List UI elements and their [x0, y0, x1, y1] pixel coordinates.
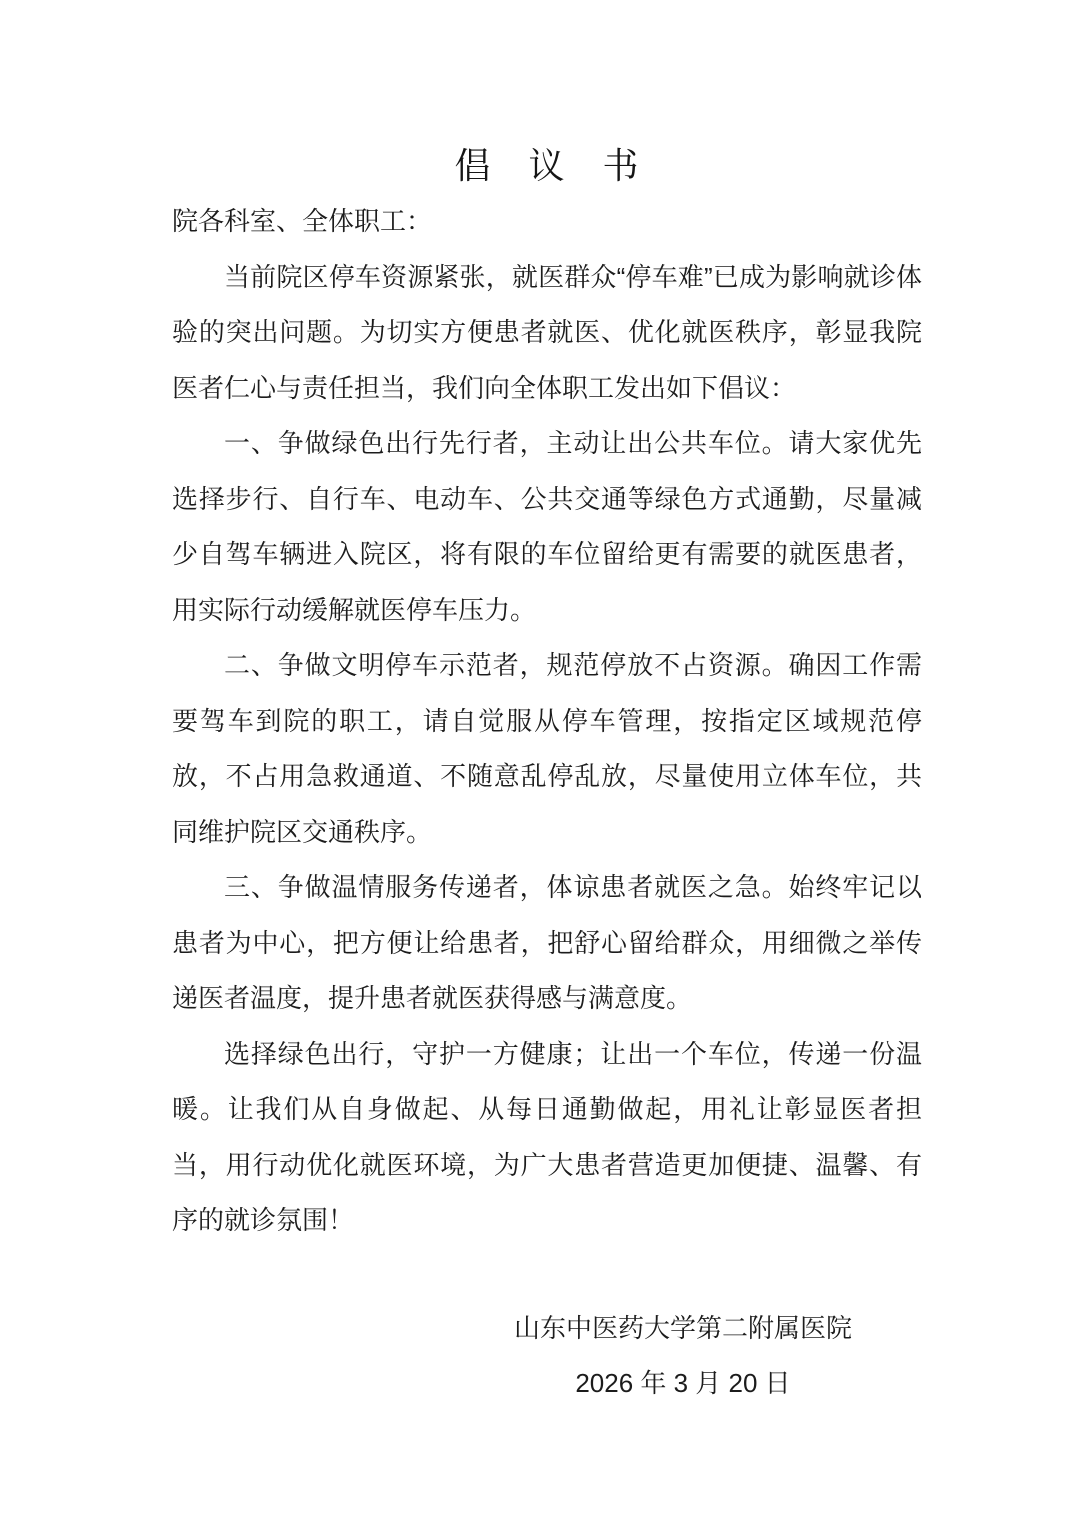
paragraph-closing: 选择绿色出行，守护一方健康；让出一个车位，传递一份温暖。让我们从自身做起、从每日… — [172, 1027, 922, 1249]
paragraph-item-2: 二、争做文明停车示范者，规范停放不占资源。确因工作需要驾车到院的职工，请自觉服从… — [172, 638, 922, 860]
signature-date: 2026 年 3 月 20 日 — [514, 1356, 852, 1412]
signature-block: 山东中医药大学第二附属医院 2026 年 3 月 20 日 — [514, 1301, 852, 1412]
document-body: 院各科室、全体职工： 当前院区停车资源紧张，就医群众“停车难”已成为影响就诊体验… — [172, 194, 922, 1412]
paragraph-intro: 当前院区停车资源紧张，就医群众“停车难”已成为影响就诊体验的突出问题。为切实方便… — [172, 250, 922, 417]
paragraph-item-1: 一、争做绿色出行先行者，主动让出公共车位。请大家优先选择步行、自行车、电动车、公… — [172, 416, 922, 638]
salutation-line: 院各科室、全体职工： — [172, 194, 922, 250]
paragraph-item-3: 三、争做温情服务传递者，体谅患者就医之急。始终牢记以患者为中心，把方便让给患者，… — [172, 860, 922, 1027]
document-title: 倡 议 书 — [172, 138, 922, 194]
signature-organization: 山东中医药大学第二附属医院 — [514, 1301, 852, 1357]
proposal-letter-page: 倡 议 书 院各科室、全体职工： 当前院区停车资源紧张，就医群众“停车难”已成为… — [0, 0, 1080, 1515]
